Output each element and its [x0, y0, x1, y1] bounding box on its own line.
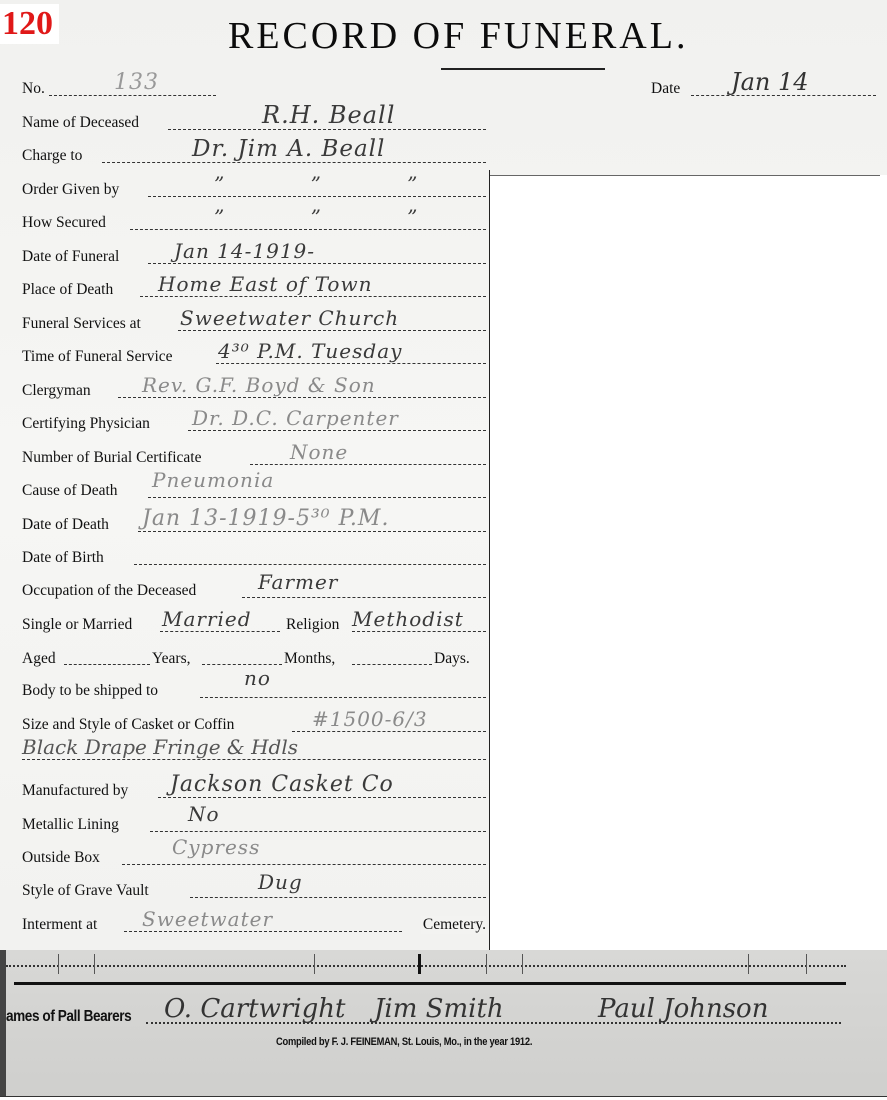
body-shipped-to-label: Body to be shipped to	[22, 682, 158, 700]
date-of-funeral-field[interactable]: Date of Funeral Jan 14-1919-	[22, 242, 486, 268]
cause-of-death-line	[148, 497, 486, 498]
metallic-lining-label: Metallic Lining	[22, 816, 119, 834]
aged-years-label: Years,	[152, 650, 190, 668]
funeral-services-at-value: Sweetwater Church	[180, 306, 399, 330]
name-of-deceased-field[interactable]: Name of Deceased R.H. Beall	[22, 108, 486, 134]
name-of-deceased-label: Name of Deceased	[22, 114, 139, 132]
cause-of-death-field[interactable]: Cause of Death Pneumonia	[22, 476, 486, 502]
occupation-label: Occupation of the Deceased	[22, 582, 196, 600]
single-or-married-label: Single or Married	[22, 616, 132, 634]
dotted-row	[6, 964, 846, 967]
religion-line	[352, 631, 486, 632]
casket-value: #1500-6/3	[312, 707, 428, 731]
funeral-record-page: 120 RECORD OF FUNERAL. Date Jan 14 No. 1…	[0, 0, 887, 950]
clergyman-field[interactable]: Clergyman Rev. G.F. Boyd & Son	[22, 376, 486, 402]
place-of-death-value: Home East of Town	[158, 272, 372, 296]
outside-box-field[interactable]: Outside Box Cypress	[22, 843, 486, 869]
funeral-services-at-field[interactable]: Funeral Services at Sweetwater Church	[22, 309, 486, 335]
pall-bearer-name: O. Cartwright	[164, 994, 345, 1024]
date-field[interactable]: Date Jan 14	[651, 74, 876, 100]
pall-bearers-label: ames of Pall Bearers	[6, 1008, 131, 1026]
row-tick	[486, 954, 487, 974]
grave-vault-value: Dug	[258, 870, 303, 894]
occupation-line	[242, 597, 486, 598]
charge-to-field[interactable]: Charge to Dr. Jim A. Beall	[22, 141, 486, 167]
charge-to-value: Dr. Jim A. Beall	[192, 136, 385, 162]
cemetery-suffix-label: Cemetery.	[421, 916, 486, 934]
aged-years-line	[64, 664, 150, 665]
body-shipped-to-field[interactable]: Body to be shipped to no	[22, 676, 486, 702]
no-line	[49, 95, 216, 96]
single-or-married-line	[160, 631, 280, 632]
charge-to-line	[102, 162, 486, 163]
date-of-birth-label: Date of Birth	[22, 549, 104, 567]
date-of-death-line	[138, 531, 486, 532]
grave-vault-label: Style of Grave Vault	[22, 882, 149, 900]
casket-continued-line	[22, 759, 486, 760]
clergyman-line	[118, 397, 486, 398]
date-of-funeral-label: Date of Funeral	[22, 248, 119, 266]
outside-box-value: Cypress	[172, 835, 260, 859]
body-shipped-to-value: no	[244, 666, 271, 690]
outside-box-label: Outside Box	[22, 849, 100, 867]
pall-bearer-name: Paul Johnson	[598, 994, 768, 1024]
grave-vault-field[interactable]: Style of Grave Vault Dug	[22, 876, 486, 902]
place-of-death-field[interactable]: Place of Death Home East of Town	[22, 275, 486, 301]
metallic-lining-line	[150, 831, 486, 832]
interment-at-line	[124, 931, 402, 932]
burial-certificate-field[interactable]: Number of Burial Certificate None	[22, 443, 486, 469]
page-title: RECORD OF FUNERAL.	[228, 14, 688, 58]
clergyman-value: Rev. G.F. Boyd & Son	[142, 373, 376, 397]
no-label: No.	[22, 80, 45, 98]
date-of-death-label: Date of Death	[22, 516, 109, 534]
how-secured-label: How Secured	[22, 214, 106, 232]
order-given-by-value: ” ” ”	[214, 172, 457, 196]
religion-label: Religion	[286, 616, 339, 634]
pall-bearer-name: Jim Smith	[374, 994, 504, 1024]
religion-value: Methodist	[352, 607, 464, 631]
section-rule	[14, 982, 846, 985]
place-of-death-label: Place of Death	[22, 281, 113, 299]
date-of-funeral-value: Jan 14-1919-	[174, 239, 315, 263]
order-given-by-field[interactable]: Order Given by ” ” ”	[22, 175, 486, 201]
date-value: Jan 14	[731, 68, 809, 96]
occupation-field[interactable]: Occupation of the Deceased Farmer	[22, 576, 486, 602]
casket-continued-value: Black Drape Fringe & Hdls	[22, 735, 298, 759]
row-tick	[94, 954, 95, 974]
order-given-by-label: Order Given by	[22, 181, 119, 199]
casket-label: Size and Style of Casket or Coffin	[22, 716, 234, 734]
body-shipped-to-line	[200, 697, 486, 698]
grave-vault-line	[190, 897, 486, 898]
certifying-physician-line	[188, 430, 486, 431]
how-secured-field[interactable]: How Secured ” ” ”	[22, 208, 486, 234]
manufactured-by-field[interactable]: Manufactured by Jackson Casket Co	[22, 776, 486, 802]
date-of-funeral-line	[148, 263, 486, 264]
single-or-married-field[interactable]: Single or Married Married Religion Metho…	[22, 610, 486, 636]
order-given-by-line	[148, 196, 486, 197]
outside-box-line	[122, 864, 486, 865]
date-of-death-value: Jan 13-1919-5³⁰ P.M.	[142, 506, 389, 531]
burial-certificate-line	[250, 464, 486, 465]
burial-certificate-value: None	[290, 440, 348, 464]
row-tick	[522, 954, 523, 974]
cause-of-death-label: Cause of Death	[22, 482, 118, 500]
cause-of-death-value: Pneumonia	[152, 468, 274, 492]
record-number-stamp: 120	[0, 4, 59, 44]
how-secured-line	[130, 229, 486, 230]
aged-months-line	[202, 664, 282, 665]
blank-panel	[490, 175, 887, 950]
single-or-married-value: Married	[162, 607, 252, 631]
date-of-birth-field[interactable]: Date of Birth	[22, 543, 486, 569]
aged-days-label: Days.	[434, 650, 470, 668]
manufactured-by-label: Manufactured by	[22, 782, 128, 800]
name-of-deceased-value: R.H. Beall	[262, 101, 395, 129]
no-value: 133	[114, 70, 159, 95]
casket-continued-field[interactable]: Black Drape Fringe & Hdls	[22, 736, 486, 764]
how-secured-value: ” ” ”	[214, 205, 457, 229]
time-of-funeral-service-field[interactable]: Time of Funeral Service 4³⁰ P.M. Tuesday	[22, 342, 486, 368]
bottom-edge	[0, 1096, 887, 1100]
manufactured-by-line	[158, 797, 486, 798]
place-of-death-line	[140, 296, 486, 297]
interment-at-value: Sweetwater	[142, 907, 273, 931]
aged-label: Aged	[22, 650, 56, 668]
vertical-divider	[489, 170, 490, 952]
time-of-funeral-service-value: 4³⁰ P.M. Tuesday	[218, 339, 402, 363]
metallic-lining-value: No	[188, 802, 220, 826]
aged-months-label: Months,	[284, 650, 335, 668]
burial-certificate-label: Number of Burial Certificate	[22, 449, 201, 467]
name-of-deceased-line	[168, 129, 486, 130]
row-tick	[748, 954, 749, 974]
charge-to-label: Charge to	[22, 147, 82, 165]
row-tick	[314, 954, 315, 974]
casket-field[interactable]: Size and Style of Casket or Coffin #1500…	[22, 710, 486, 736]
row-tick	[58, 954, 59, 974]
clergyman-label: Clergyman	[22, 382, 91, 400]
funeral-services-at-label: Funeral Services at	[22, 315, 141, 333]
title-underline	[441, 68, 605, 70]
no-field[interactable]: No. 133	[22, 74, 216, 100]
date-of-birth-line	[134, 564, 486, 565]
interment-at-field[interactable]: Interment at Sweetwater Cemetery.	[22, 910, 486, 936]
certifying-physician-label: Certifying Physician	[22, 415, 150, 433]
interment-at-label: Interment at	[22, 916, 97, 934]
time-of-funeral-service-label: Time of Funeral Service	[22, 348, 173, 366]
manufactured-by-value: Jackson Casket Co	[170, 772, 394, 797]
certifying-physician-field[interactable]: Certifying Physician Dr. D.C. Carpenter	[22, 409, 486, 435]
time-of-funeral-service-line	[216, 363, 486, 364]
metallic-lining-field[interactable]: Metallic Lining No	[22, 810, 486, 836]
casket-line	[292, 731, 486, 732]
row-tick	[806, 954, 807, 974]
date-of-death-field[interactable]: Date of Death Jan 13-1919-5³⁰ P.M.	[22, 510, 486, 536]
row-tick	[418, 954, 421, 974]
date-label: Date	[651, 80, 680, 98]
funeral-services-at-line	[178, 330, 486, 331]
compiled-by-footnote: Compiled by F. J. FEINEMAN, St. Louis, M…	[276, 1036, 532, 1048]
aged-days-line	[352, 664, 432, 665]
certifying-physician-value: Dr. D.C. Carpenter	[192, 406, 399, 430]
occupation-value: Farmer	[258, 570, 338, 594]
panel-top-divider	[490, 175, 880, 176]
pall-bearers-field[interactable]: ames of Pall Bearers O. Cartwright Jim S…	[6, 1000, 841, 1030]
